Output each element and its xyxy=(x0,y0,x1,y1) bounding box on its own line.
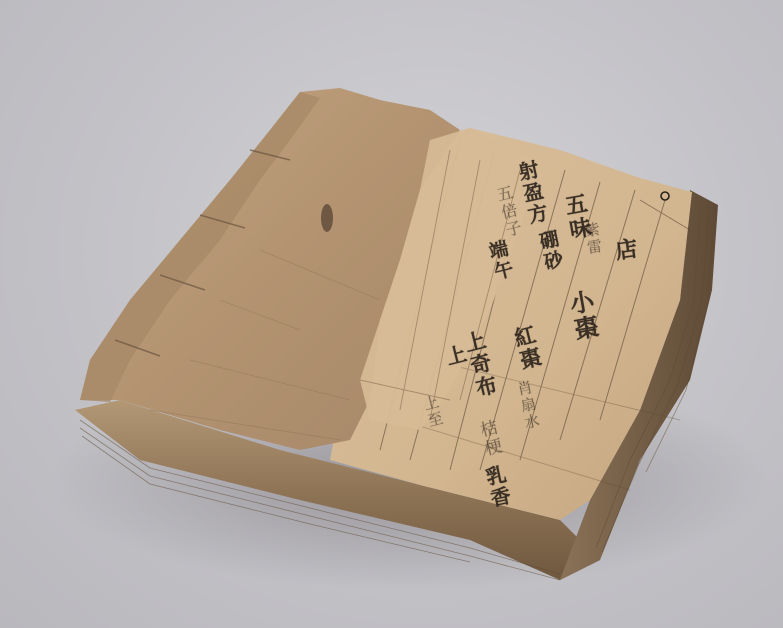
photo-scene: 店 小棗 乳香 肖扇水 紫雷 五味 硼砂 紅棗 桔梗 射盈方 五倍子 上奇布 端… xyxy=(0,0,783,628)
ink-column-xiaozao: 小棗 xyxy=(566,288,599,343)
manuscript-book xyxy=(0,0,783,628)
cover-stain xyxy=(321,204,333,232)
ink-column-dian: 店 xyxy=(612,237,637,264)
ink-column-shang: 上 xyxy=(443,343,468,369)
